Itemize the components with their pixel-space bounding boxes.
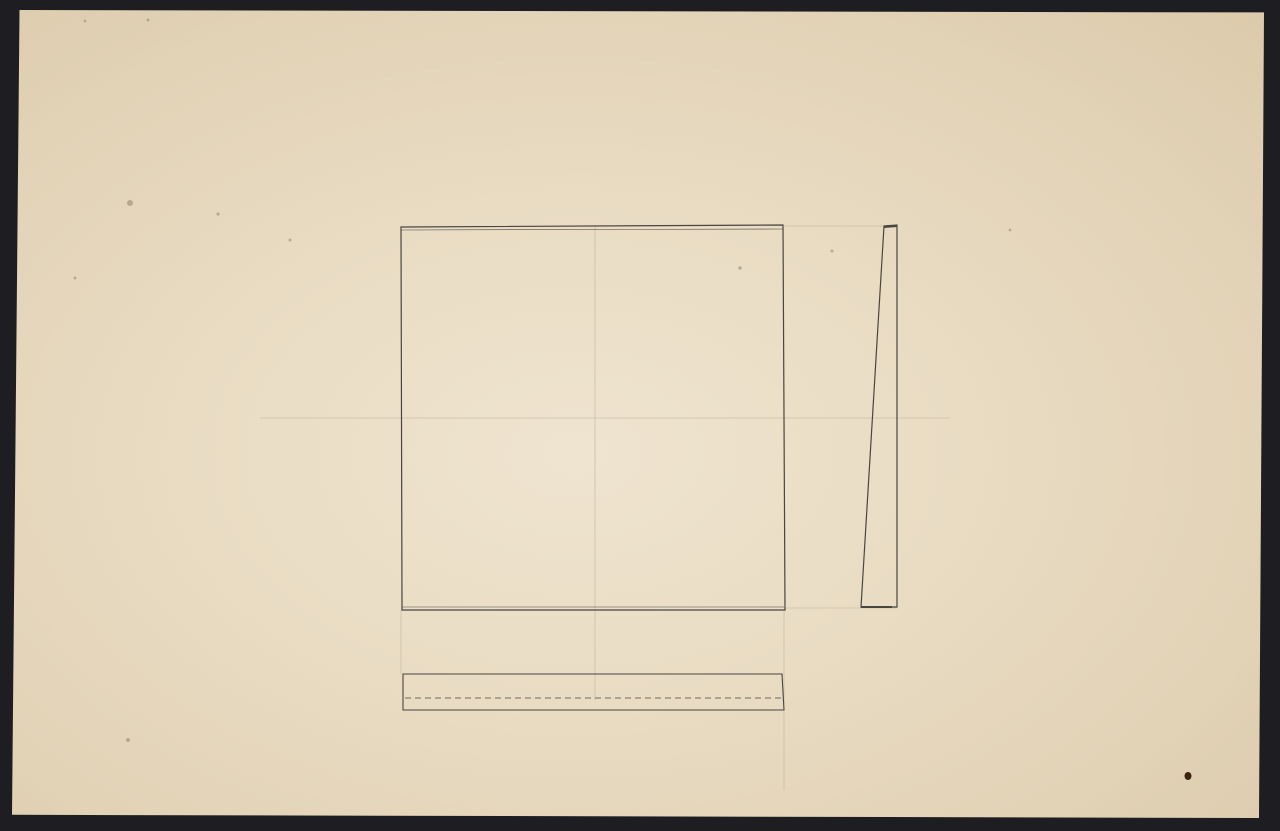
construction-lines — [260, 226, 950, 790]
side-view-taper — [861, 225, 897, 607]
technical-drawing — [0, 0, 1280, 831]
ink-stain — [1185, 772, 1192, 780]
paper-specks — [74, 19, 1012, 743]
front-view-square — [401, 225, 785, 610]
top-view-strip — [403, 674, 784, 710]
